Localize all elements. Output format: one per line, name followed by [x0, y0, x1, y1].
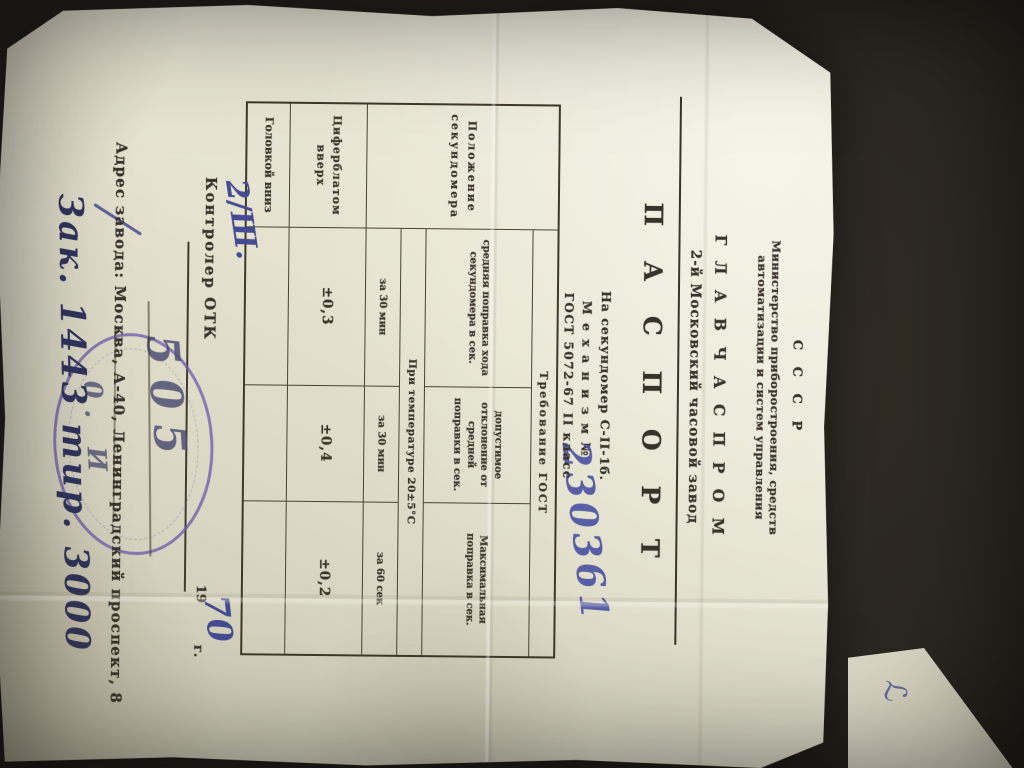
value-cell: ±0,3	[287, 227, 366, 386]
table-header-row: Положение секундомера Требование ГОСТ	[529, 105, 560, 657]
stamp-number-handwritten: 505	[136, 333, 197, 470]
temperature-note-cell: При температуре 20±5°С	[397, 228, 426, 656]
otk-controller-label: Контролер ОТК	[200, 177, 220, 341]
specs-table: Положение секундомера Требование ГОСТ ср…	[240, 101, 561, 658]
photo-of-passport-document: С С С Р Министерство приборостроения, ср…	[0, 0, 1024, 768]
divider-rule	[674, 97, 682, 645]
position-cell: Циферблатом вверх	[289, 103, 367, 228]
period-label-cell: за 30 мин	[364, 228, 401, 386]
corner-scribble: ℒ	[876, 679, 913, 704]
value-cell: ±0,4	[286, 385, 364, 502]
factory-address: Адрес завода: Москва, А-40, Ленинградски…	[107, 142, 131, 704]
gost-class-line: ГОСТ 5072-67 II класс	[560, 293, 576, 480]
period-label-cell: за 30 мин	[363, 386, 399, 502]
value-cell	[241, 500, 286, 654]
order-print-run-handwritten: Зак. 1443 тир. 3000	[50, 193, 97, 653]
period-label-cell: за 60 сек	[362, 501, 399, 655]
mechanism-number-label: М е х а н и з м №	[578, 301, 595, 458]
factory-name: 2-й Московский часовой завод	[682, 2, 706, 768]
requirement-header-cell: Требование ГОСТ	[529, 229, 559, 657]
column-header-max-correction: Максимальная поправка в сек.	[422, 502, 531, 657]
column-header-allowed-deviation: допустимое отклонение от средней поправк…	[423, 386, 531, 503]
year-suffix: г.	[190, 645, 205, 658]
value-cell: ±0,2	[285, 501, 364, 656]
position-header-cell: Положение секундомера	[366, 104, 560, 230]
passport-title: П А С П О Р Т	[633, 1, 670, 768]
table-row-dial-up: Циферблатом вверх ±0,3 ±0,4 ±0,2	[285, 103, 368, 656]
year-handwritten: 70	[195, 593, 240, 644]
paper-sheet: С С С Р Министерство приборостроения, ср…	[0, 0, 836, 768]
product-model-line: На секундомер С-II-1б.	[594, 1, 617, 768]
paper-scrap: ℒ	[848, 648, 1024, 768]
country-header: С С С Р	[785, 3, 808, 768]
passport-document: С С С Р Министерство приборостроения, ср…	[0, 0, 836, 768]
column-header-mean-correction: средняя поправка хода секундомера в сек.	[424, 228, 533, 387]
value-cell	[243, 384, 288, 500]
glavchasprom-header: Г Л А В Ч А С П Р О М	[706, 2, 733, 768]
